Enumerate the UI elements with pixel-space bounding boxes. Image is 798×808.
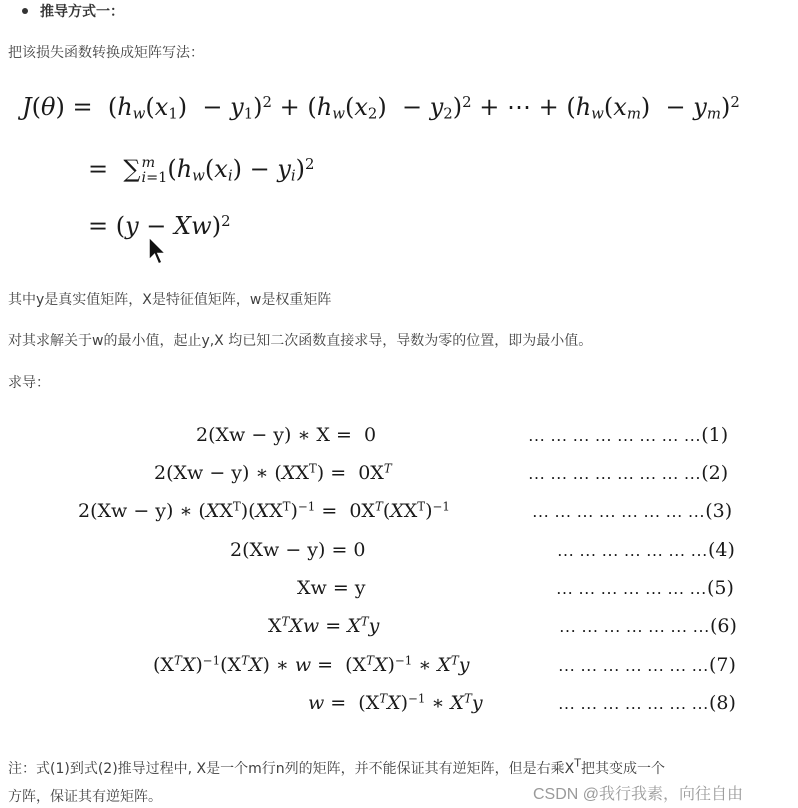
- matrices-explanation: 其中y是真实值矩阵，X是特征值矩阵，w是权重矩阵: [8, 289, 331, 309]
- derivation-eq-1: 2(Xw − y) ∗ X = 0: [196, 424, 376, 446]
- derivation-eq-3: 2(Xw − y) ∗ (XXT)(XXT)−1 = 0XT(XXT)−1: [78, 500, 450, 522]
- eq-number-6: … … … … … … …(6): [559, 615, 737, 637]
- derivation-eq-7: (XTX)−1(XTX) ∗ w = (XTX)−1 ∗ XTy: [153, 654, 469, 676]
- derivation-eq-8: w = (XTX)−1 ∗ XTy: [308, 692, 483, 714]
- eq-number-1: … … … … … … … …(1): [528, 424, 728, 446]
- note-line-1: 注：式(1)到式(2)推导过程中, X是一个m行n列的矩阵，并不能保证其有逆矩阵…: [8, 758, 665, 778]
- eq-number-8: … … … … … … …(8): [558, 692, 736, 714]
- csdn-watermark: CSDN @我行我素，向往自由: [533, 781, 743, 804]
- solve-explanation: 对其求解关于w的最小值，起止y,X 均已知二次函数直接求导，导数为零的位置，即为…: [8, 330, 592, 350]
- mouse-cursor-icon: [147, 236, 169, 266]
- loss-equation-line-2: = ∑mi=1(hw(xi) − yi)2: [88, 155, 315, 185]
- derivation-eq-5: Xw = y: [297, 577, 366, 599]
- derive-label: 求导：: [8, 372, 50, 392]
- loss-equation-line-1: J(θ) = (hw(x1) − y1)2 + (hw(x2) − y2)2 +…: [22, 93, 740, 121]
- eq-number-4: … … … … … … …(4): [557, 539, 735, 561]
- section-heading: 推导方式一：: [40, 1, 124, 21]
- derivation-eq-4: 2(Xw − y) = 0: [230, 539, 366, 561]
- eq-number-3: … … … … … … … …(3): [532, 500, 732, 522]
- intro-text: 把该损失函数转换成矩阵写法：: [8, 42, 204, 62]
- eq-number-7: … … … … … … …(7): [558, 654, 736, 676]
- eq-number-2: … … … … … … … …(2): [528, 462, 728, 484]
- derivation-eq-2: 2(Xw − y) ∗ (XXT) = 0XT: [154, 462, 392, 484]
- bullet-icon: [22, 8, 28, 14]
- eq-number-5: … … … … … … …(5): [556, 577, 734, 599]
- note-line-2: 方阵，保证其有逆矩阵。: [8, 786, 162, 806]
- derivation-eq-6: XTXw = XTy: [268, 615, 379, 637]
